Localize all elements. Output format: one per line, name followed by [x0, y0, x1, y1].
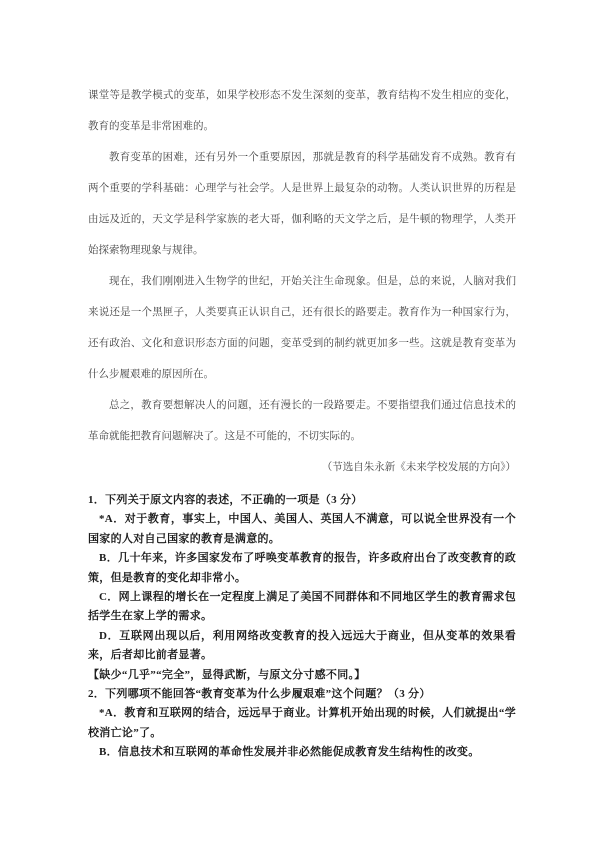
question-2-stem: 2．下列哪项不能回答“教育变革为什么步履艰难”这个问题？（3 分）: [88, 685, 516, 704]
question-1-option-b: B．几十年来，许多国家发布了呼唤变革教育的报告，许多政府出台了改变教育的政策，但…: [88, 549, 516, 588]
document-page: 课堂等是教学模式的变革，如果学校形态不发生深刻的变革，教育结构不发生相应的变化，…: [0, 0, 600, 848]
passage-paragraph-1: 课堂等是教学模式的变革，如果学校形态不发生深刻的变革，教育结构不发生相应的变化，…: [88, 80, 516, 142]
question-2-option-b: B．信息技术和互联网的革命性发展并非必然能促成教育发生结构性的改变。: [88, 743, 516, 762]
page-content: 课堂等是教学模式的变革，如果学校形态不发生深刻的变革，教育结构不发生相应的变化，…: [88, 80, 516, 763]
question-1-option-c: C．网上课程的增长在一定程度上满足了美国不同群体和不同地区学生的教育需求包括学生…: [88, 588, 516, 627]
question-1-answer-note: 【缺少“几乎”“完全”，显得武断，与原文分寸感不同。】: [88, 666, 516, 685]
passage-paragraph-3: 现在，我们刚刚进入生物学的世纪，开始关注生命现象。但是，总的来说，人脑对我们来说…: [88, 266, 516, 390]
question-1-option-a: *A．对于教育，事实上，中国人、美国人、英国人不满意，可以说全世界没有一个国家的…: [88, 510, 516, 549]
passage-citation: （节选自朱永新《未来学校发展的方向》）: [88, 452, 516, 483]
questions-section: 1．下列关于原文内容的表述，不正确的一项是（3 分） *A．对于教育，事实上，中…: [88, 491, 516, 763]
question-1-option-d: D．互联网出现以后，利用网络改变教育的投入远远大于商业，但从变革的效果看来，后者…: [88, 627, 516, 666]
question-1-stem: 1．下列关于原文内容的表述，不正确的一项是（3 分）: [88, 491, 516, 510]
passage-paragraph-4: 总之，教育要想解决人的问题，还有漫长的一段路要走。不要指望我们通过信息技术的革命…: [88, 390, 516, 452]
passage-paragraph-2: 教育变革的困难，还有另外一个重要原因，那就是教育的科学基础发育不成熟。教育有两个…: [88, 142, 516, 266]
question-1: 1．下列关于原文内容的表述，不正确的一项是（3 分） *A．对于教育，事实上，中…: [88, 491, 516, 685]
reading-passage: 课堂等是教学模式的变革，如果学校形态不发生深刻的变革，教育结构不发生相应的变化，…: [88, 80, 516, 483]
question-2: 2．下列哪项不能回答“教育变革为什么步履艰难”这个问题？（3 分） *A．教育和…: [88, 685, 516, 763]
question-2-option-a: *A．教育和互联网的结合，远远早于商业。计算机开始出现的时候，人们就提出“学校消…: [88, 704, 516, 743]
